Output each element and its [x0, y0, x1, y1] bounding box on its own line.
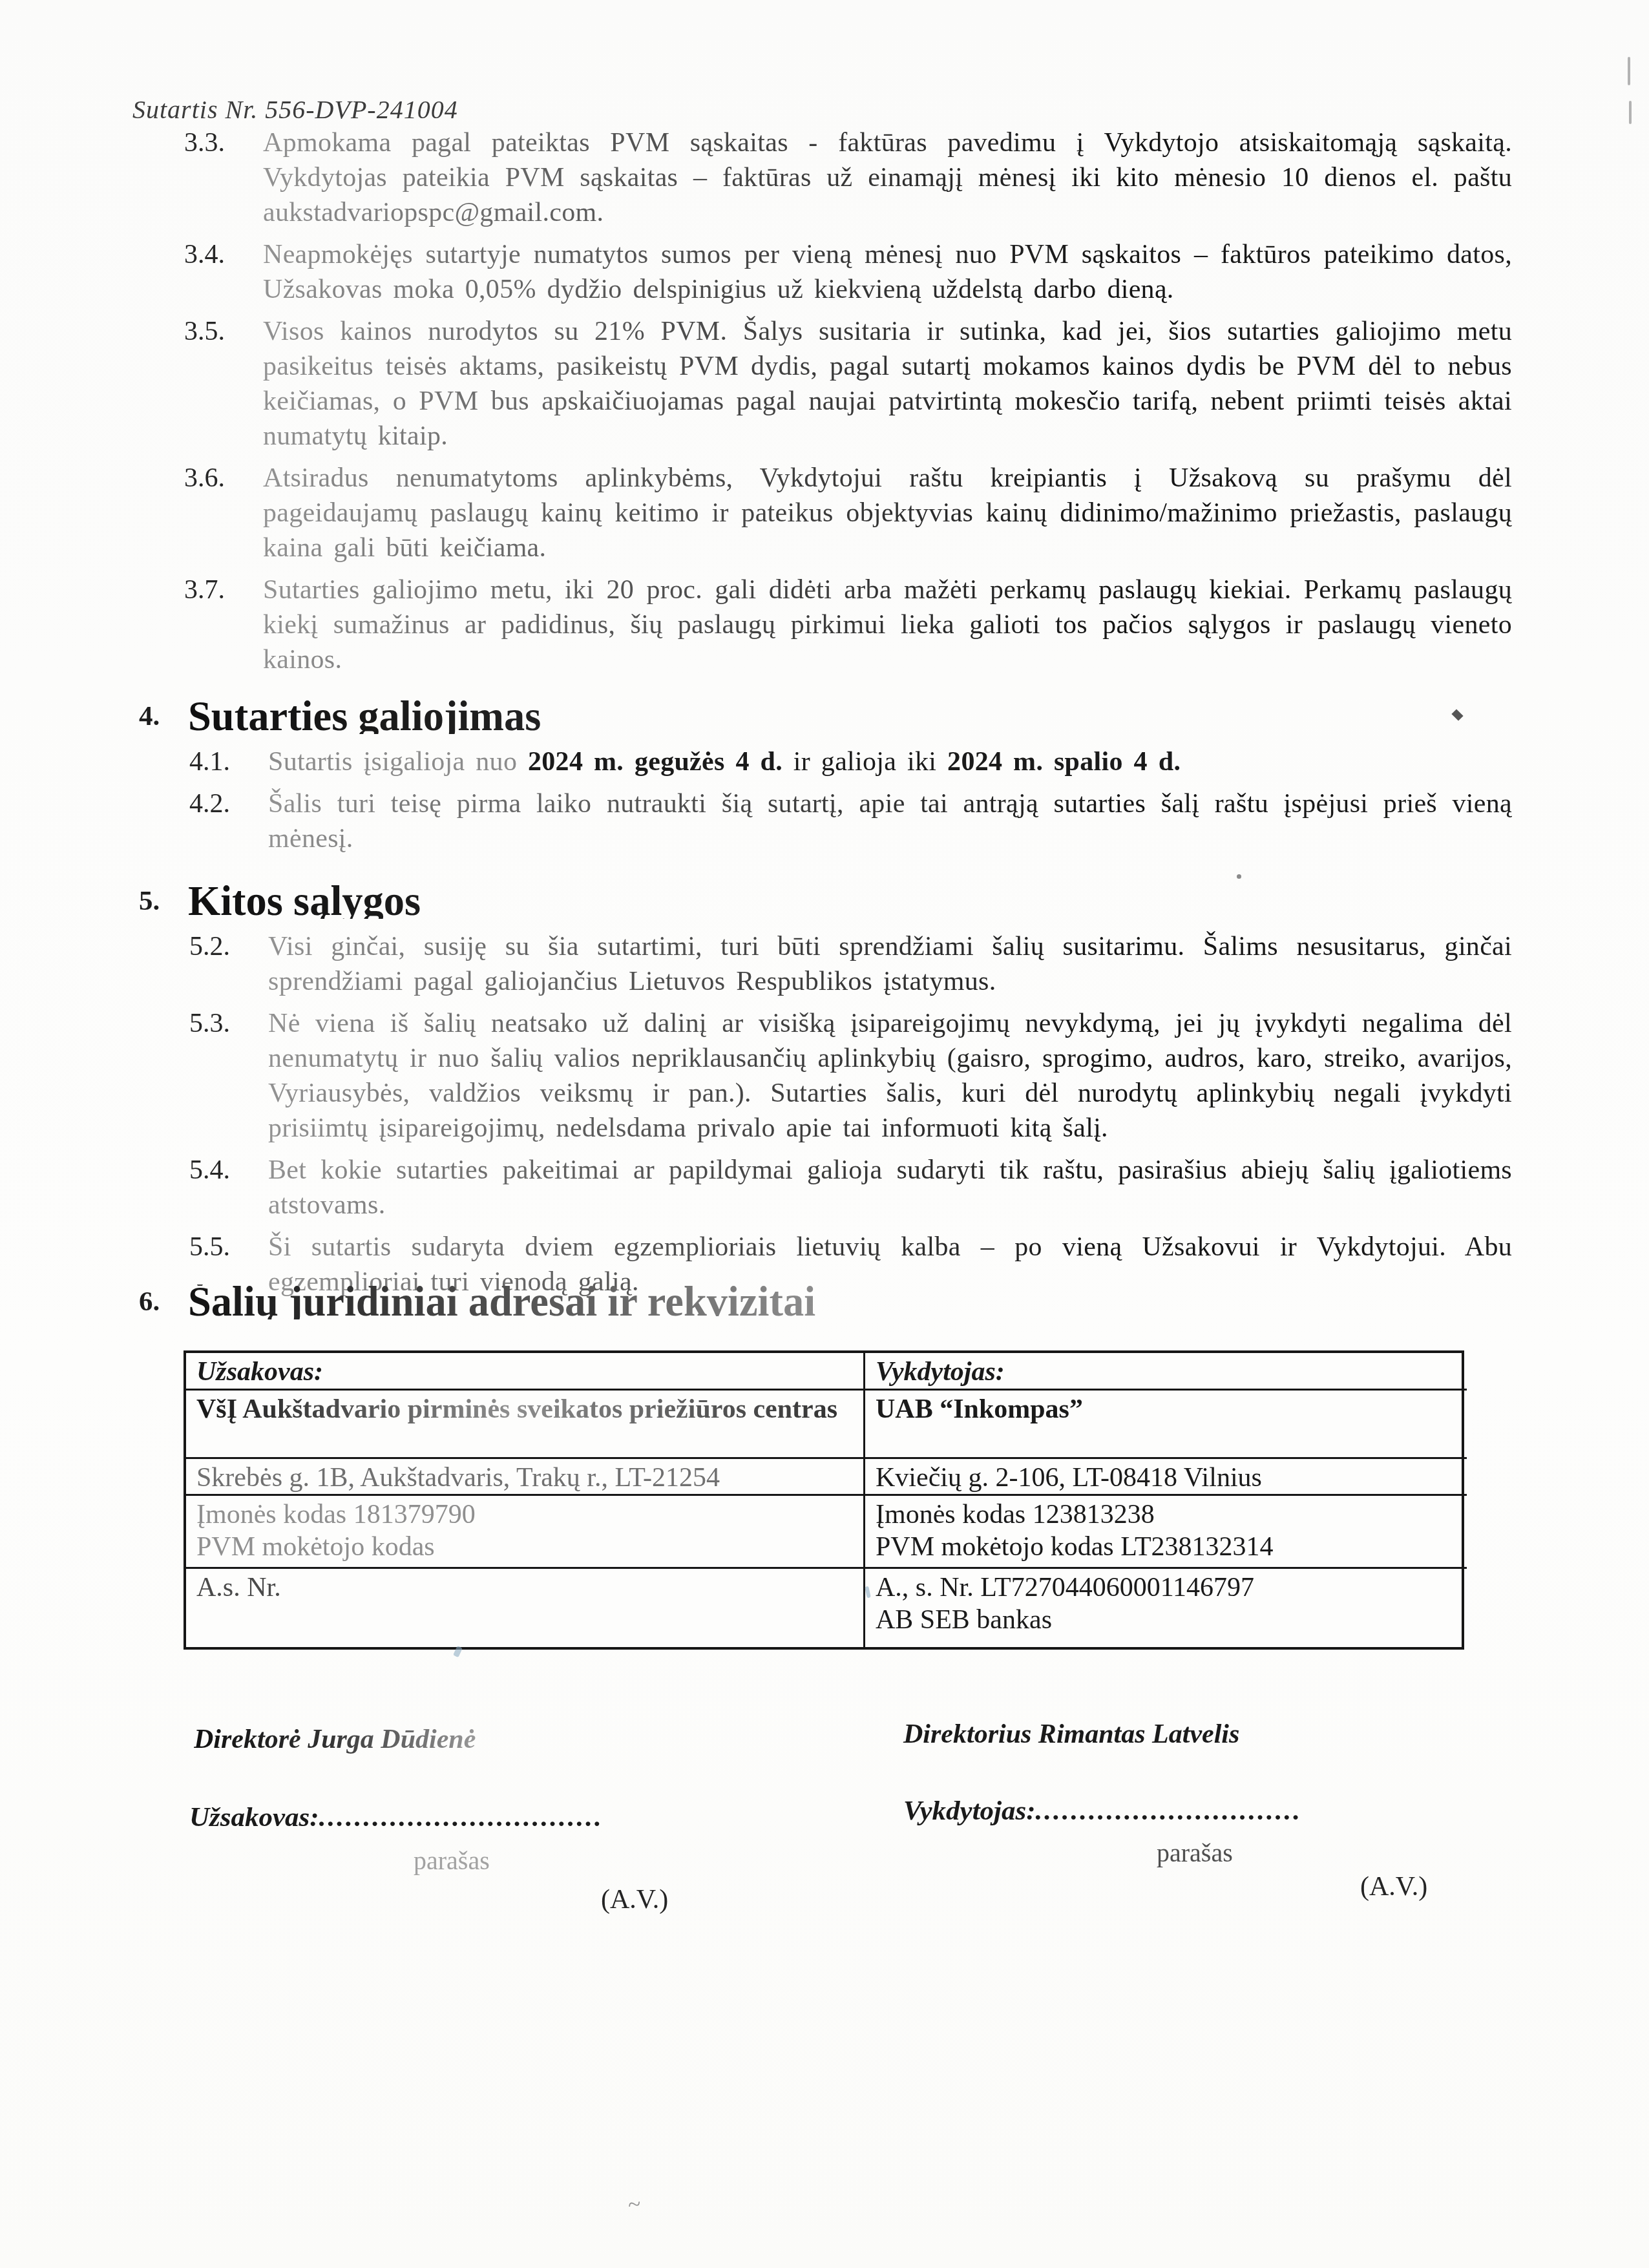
- clause-number: 4.1.: [189, 744, 268, 779]
- clause-text: Neapmokėjęs sutartyje numatytos sumos pe…: [263, 237, 1512, 307]
- clause-3-5: 3.5. Visos kainos nurodytos su 21% PVM. …: [184, 314, 1512, 454]
- clause-text: Sutarties galiojimo metu, iki 20 proc. g…: [263, 572, 1512, 677]
- signature-dots: ................................: [319, 1802, 604, 1832]
- section-title: Kitos sąlygos: [188, 884, 1512, 919]
- section-6: 6. Šalių juridiniai adresai ir rekvizita…: [139, 1285, 1512, 1319]
- section-3-clauses: 3.3. Apmokama pagal pateiktas PVM sąskai…: [184, 125, 1512, 677]
- clause-number: 5.4.: [189, 1153, 268, 1188]
- clause-text: Bet kokie sutarties pakeitimai ar papild…: [268, 1153, 1512, 1223]
- clause-number: 3.3.: [184, 125, 263, 160]
- clause-text-lead: Sutartis įsigalioja nuo: [268, 747, 528, 777]
- client-signature-caption: parašas: [414, 1845, 490, 1876]
- clause-number: 5.2.: [189, 929, 268, 964]
- signature-dots: ..............................: [1036, 1796, 1303, 1826]
- scan-artifact-dash: [1629, 101, 1632, 124]
- requisites-table: Užsakovas: Vykdytojas: VšĮ Aukštadvario …: [184, 1350, 1464, 1650]
- section-5-clauses: 5.2. Visi ginčai, susiję su šia sutartim…: [189, 929, 1512, 1299]
- clause-text: Nė viena iš šalių neatsako už dalinį ar …: [268, 1006, 1512, 1146]
- contractor-director-name: Direktorius Rimantas Latvelis: [903, 1719, 1239, 1750]
- clause-text: Visi ginčai, susiję su šia sutartimi, tu…: [268, 929, 1512, 999]
- contractor-account-cell: A., s. Nr. LT727044060001146797 AB SEB b…: [863, 1569, 1467, 1647]
- section-6-heading: 6. Šalių juridiniai adresai ir rekvizita…: [139, 1285, 1512, 1319]
- clause-4-2: 4.2. Šalis turi teisę pirma laiko nutrau…: [189, 786, 1512, 856]
- contract-start-date: 2024 m. gegužės 4 d.: [528, 747, 782, 777]
- client-account-number: A.s. Nr.: [196, 1571, 853, 1604]
- client-party-label: Užsakovas:: [189, 1802, 319, 1832]
- clause-text: Apmokama pagal pateiktas PVM sąskaitas -…: [263, 125, 1512, 230]
- contract-end-date: 2024 m. spalio 4 d.: [947, 747, 1181, 777]
- client-director-name: Direktorė Jurga Dūdienė: [194, 1724, 476, 1755]
- clause-text: Šalis turi teisę pirma laiko nutraukti š…: [268, 786, 1512, 856]
- clause-text-mid: ir galioja iki: [782, 747, 947, 777]
- clause-number: 4.2.: [189, 786, 268, 821]
- section-title: Sutarties galiojimas: [188, 699, 1512, 734]
- contractor-vat-code: PVM mokėtojo kodas LT238132314: [876, 1531, 1456, 1563]
- clause-3-6: 3.6. Atsiradus nenumatytoms aplinkybėms,…: [184, 461, 1512, 565]
- clause-number: 3.7.: [184, 572, 263, 607]
- clause-5-3: 5.3. Nė viena iš šalių neatsako už dalin…: [189, 1006, 1512, 1146]
- section-number: 5.: [139, 884, 188, 919]
- contractor-party-label: Vykdytojas:: [903, 1796, 1036, 1826]
- clause-5-2: 5.2. Visi ginčai, susiję su šia sutartim…: [189, 929, 1512, 999]
- section-5: 5. Kitos sąlygos 5.2. Visi ginčai, susij…: [139, 884, 1512, 1299]
- scan-artifact-dash: [1628, 57, 1630, 85]
- clause-number: 3.5.: [184, 314, 263, 349]
- clause-text: Sutartis įsigalioja nuo 2024 m. gegužės …: [268, 744, 1512, 779]
- clause-3-3: 3.3. Apmokama pagal pateiktas PVM sąskai…: [184, 125, 1512, 230]
- client-signature-line: Užsakovas:..............................…: [189, 1801, 604, 1833]
- client-vat-code: PVM mokėtojo kodas: [196, 1531, 853, 1563]
- clause-text: Atsiradus nenumatytoms aplinkybėms, Vykd…: [263, 461, 1512, 565]
- client-company-code: Įmonės kodas 181379790: [196, 1498, 853, 1531]
- contractor-header-cell: Vykdytojas:: [863, 1353, 1467, 1391]
- client-codes-cell: Įmonės kodas 181379790 PVM mokėtojo koda…: [186, 1496, 863, 1569]
- contractor-signature-line: Vykdytojas:.............................…: [903, 1795, 1302, 1827]
- clause-number: 5.3.: [189, 1006, 268, 1041]
- scanned-contract-page: Sutartis Nr. 556-DVP-241004 3.3. Apmokam…: [0, 0, 1649, 2268]
- contractor-account-number: A., s. Nr. LT727044060001146797: [876, 1571, 1456, 1604]
- client-account-cell: A.s. Nr.: [186, 1569, 863, 1647]
- client-header-cell: Užsakovas:: [186, 1353, 863, 1391]
- clause-5-4: 5.4. Bet kokie sutarties pakeitimai ar p…: [189, 1153, 1512, 1223]
- section-title: Šalių juridiniai adresai ir rekvizitai: [188, 1285, 1512, 1319]
- clause-number: 3.6.: [184, 461, 263, 496]
- contractor-seal-mark: (A.V.): [1360, 1871, 1427, 1902]
- contractor-company-code: Įmonės kodas 123813238: [876, 1498, 1456, 1531]
- scan-artifact-dot: [1237, 874, 1241, 879]
- clause-number: 5.5.: [189, 1230, 268, 1265]
- clause-4-1: 4.1. Sutartis įsigalioja nuo 2024 m. geg…: [189, 744, 1512, 779]
- section-4-heading: 4. Sutarties galiojimas: [139, 699, 1512, 734]
- contractor-codes-cell: Įmonės kodas 123813238 PVM mokėtojo koda…: [863, 1496, 1467, 1569]
- contractor-name-cell: UAB “Inkompas”: [863, 1391, 1467, 1459]
- contractor-address-cell: Kviečių g. 2-106, LT-08418 Vilnius: [863, 1459, 1467, 1496]
- scan-artifact-squiggle: [627, 2190, 642, 2218]
- section-number: 4.: [139, 699, 188, 734]
- section-4: 4. Sutarties galiojimas 4.1. Sutartis įs…: [139, 699, 1512, 856]
- client-address-cell: Skrebės g. 1B, Aukštadvaris, Trakų r., L…: [186, 1459, 863, 1496]
- section-5-heading: 5. Kitos sąlygos: [139, 884, 1512, 919]
- doc-reference: Sutartis Nr. 556-DVP-241004: [132, 94, 458, 125]
- contractor-signature-caption: parašas: [1157, 1838, 1233, 1868]
- clause-text: Visos kainos nurodytos su 21% PVM. Šalys…: [263, 314, 1512, 454]
- section-4-clauses: 4.1. Sutartis įsigalioja nuo 2024 m. geg…: [189, 744, 1512, 856]
- contractor-bank: AB SEB bankas: [876, 1604, 1456, 1636]
- clause-3-4: 3.4. Neapmokėjęs sutartyje numatytos sum…: [184, 237, 1512, 307]
- clause-3-7: 3.7. Sutarties galiojimo metu, iki 20 pr…: [184, 572, 1512, 677]
- client-seal-mark: (A.V.): [601, 1884, 668, 1915]
- clause-number: 3.4.: [184, 237, 263, 272]
- client-name-cell: VšĮ Aukštadvario pirminės sveikatos prie…: [186, 1391, 863, 1459]
- section-number: 6.: [139, 1285, 188, 1319]
